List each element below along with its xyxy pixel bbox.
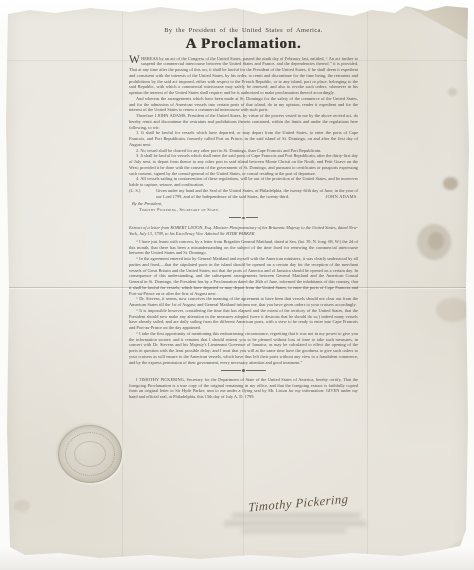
- stain: [448, 88, 457, 96]
- extract-paragraph: “ In the agreement entered into by Gener…: [129, 256, 358, 296]
- whereas-text: HEREAS by an act of the Congress of the …: [129, 56, 358, 96]
- therefore-paragraph: Therefore I JOHN ADAMS, President of the…: [129, 113, 358, 130]
- pickering-signature: Timothy Pickering: [248, 487, 398, 515]
- extract-paragraph: “ I have just learnt with concern, by a …: [129, 239, 358, 256]
- drop-cap: W: [129, 56, 141, 66]
- document-header: By the President of the United States of…: [129, 27, 358, 35]
- fold-line: [367, 9, 368, 558]
- seal-notation: (L. S.): [129, 188, 156, 200]
- text-column: By the President of the United States of…: [129, 27, 358, 400]
- extract-heading: Extract of a letter from ROBERT LISTON, …: [129, 225, 358, 237]
- regulation-item-1: 1. It shall be lawful for vessels which …: [129, 130, 358, 147]
- ghost-text: [242, 529, 346, 533]
- extract-paragraph: “ It is impossible however, considering …: [129, 308, 358, 331]
- regulation-item-4: 4. All vessels sailing in contravention …: [129, 176, 358, 188]
- proclamation-title: A Proclamation.: [129, 36, 358, 52]
- ghost-text: [224, 521, 366, 526]
- and-whereas-paragraph: And whereas the arrangements which have …: [129, 96, 358, 113]
- regulation-item-3: 3. It shall be lawful for vessels which …: [129, 153, 358, 176]
- document-photo: By the President of the United States of…: [0, 0, 474, 570]
- divider-ornament: [129, 368, 358, 373]
- whereas-paragraph: WHEREAS by an act of the Congress of the…: [129, 56, 358, 96]
- certification-paragraph: I TIMOTHY PICKERING, Secretary for the D…: [129, 377, 358, 400]
- stain: [14, 500, 30, 512]
- secretary-line: Timothy Pickering, Secretary of State.: [129, 207, 358, 213]
- bottom-right-crease: [428, 534, 470, 560]
- extract-paragraph: “ Dr. Stevens, it seems, now conceives t…: [129, 296, 358, 308]
- folded-corner: [405, 5, 471, 41]
- stain: [436, 298, 470, 322]
- stain: [443, 177, 458, 190]
- extract-paragraph: “ I take the first opportunity of mentio…: [129, 331, 358, 366]
- stain: [428, 232, 444, 250]
- attestation-block: (L. S.) Given under my hand and the Seal…: [129, 188, 358, 200]
- fold-line: [122, 9, 123, 558]
- embossed-seal: [58, 425, 122, 483]
- divider-ornament: [129, 215, 358, 220]
- paper: By the President of the United States of…: [0, 0, 474, 570]
